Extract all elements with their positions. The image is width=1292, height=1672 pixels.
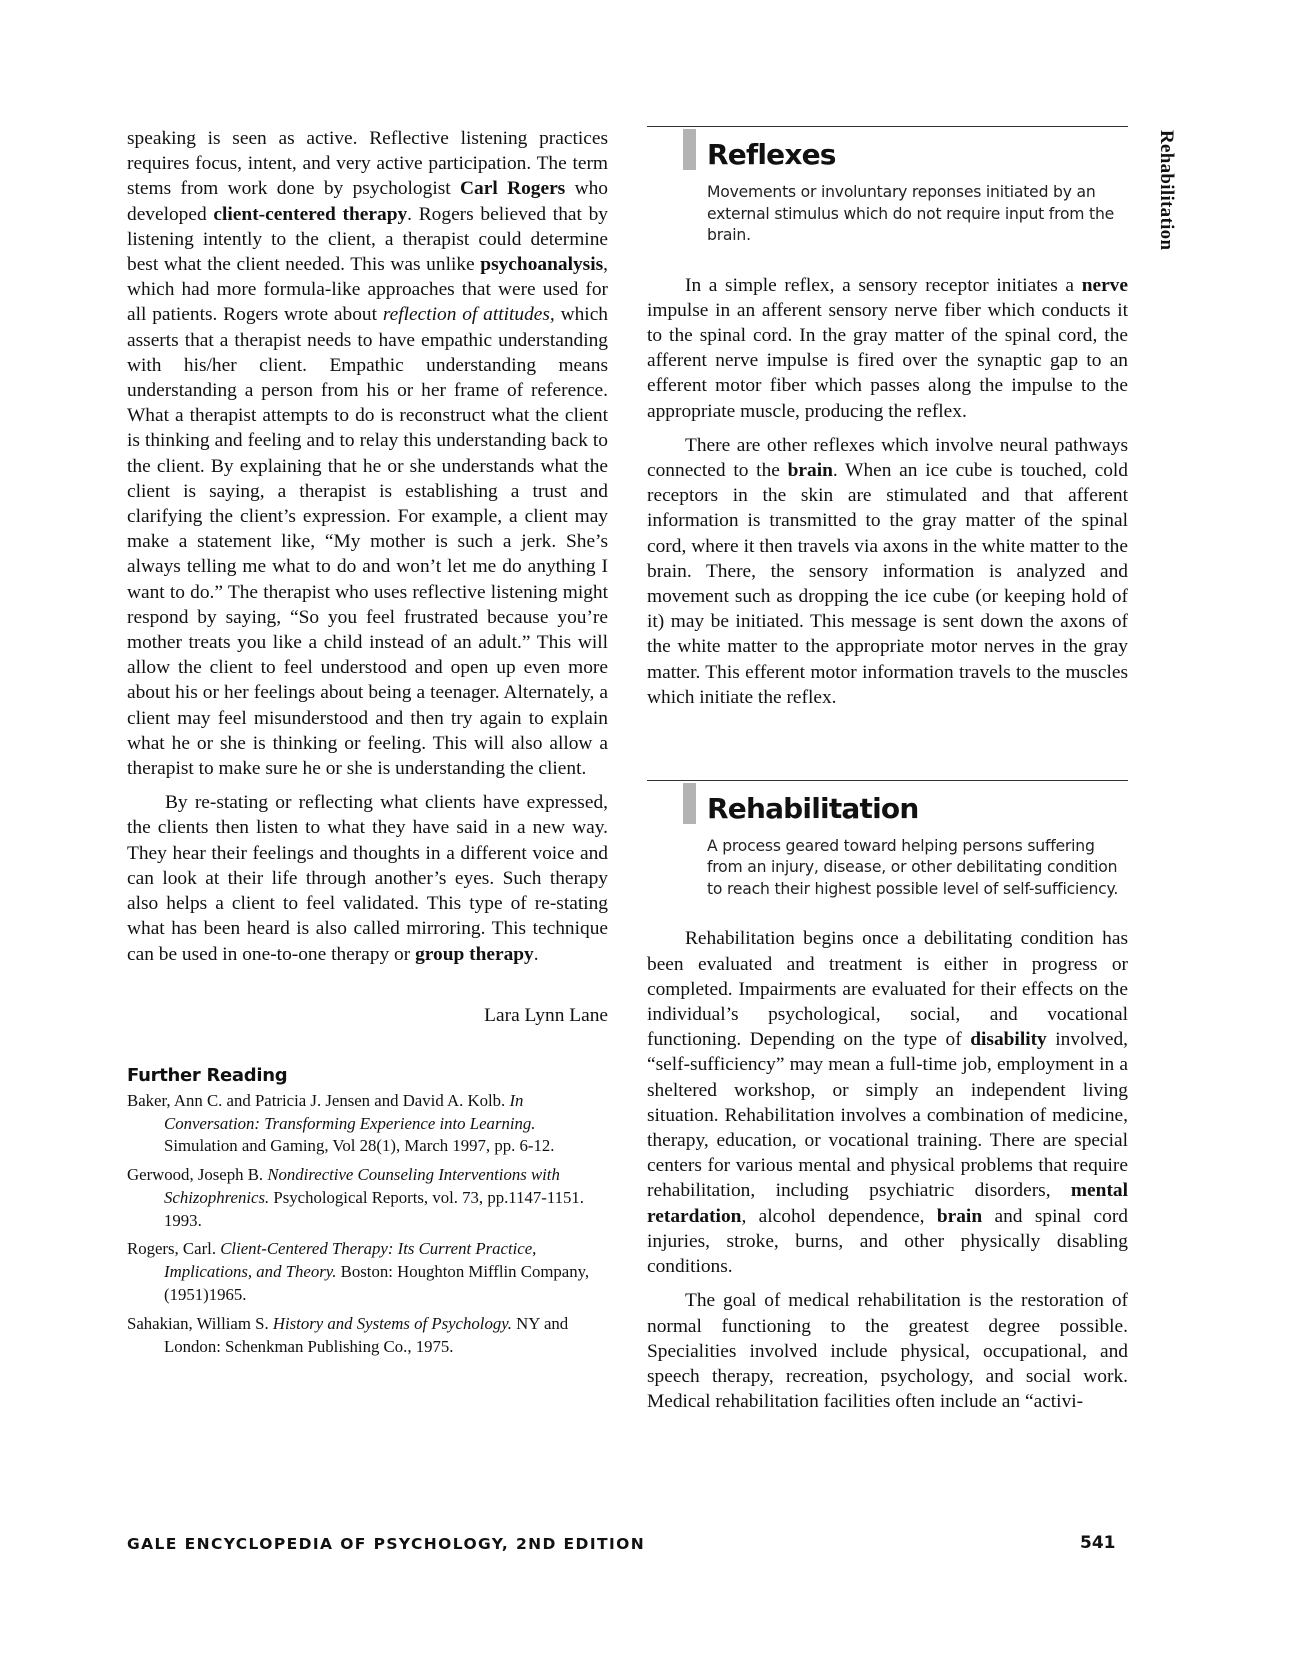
reflexes-entry-header: Reflexes Movements or involuntary repons… — [647, 126, 1128, 247]
entry-marker-bar — [683, 129, 696, 170]
article-author: Lara Lynn Lane — [127, 1005, 608, 1027]
right-column: Reflexes Movements or involuntary repons… — [647, 126, 1128, 1414]
reflexes-paragraph: In a simple reflex, a sensory receptor i… — [647, 273, 1128, 424]
left-column: speaking is seen as active. Reflective l… — [127, 126, 608, 1364]
entry-title-reflexes: Reflexes — [707, 137, 1128, 173]
further-reading-heading: Further Reading — [127, 1065, 608, 1086]
restating-paragraph: By re-stating or reflecting what clients… — [127, 790, 608, 966]
entry-definition-rehabilitation: A process geared toward helping persons … — [707, 836, 1128, 901]
further-reading-list: Baker, Ann C. and Patricia J. Jensen and… — [127, 1090, 608, 1359]
rehabilitation-entry-header: Rehabilitation A process geared toward h… — [647, 780, 1128, 901]
encyclopedia-page: Rehabilitation speaking is seen as activ… — [0, 0, 1292, 1672]
continued-paragraph: speaking is seen as active. Reflective l… — [127, 126, 608, 781]
page-number: 541 — [1080, 1533, 1116, 1553]
entry-marker-bar — [683, 783, 696, 824]
reflexes-paragraph: There are other reflexes which involve n… — [647, 433, 1128, 710]
reference-item: Sahakian, William S. History and Systems… — [127, 1313, 608, 1359]
footer-publication-title: GALE ENCYCLOPEDIA OF PSYCHOLOGY, 2ND EDI… — [127, 1535, 645, 1553]
reference-item: Rogers, Carl. Client-Centered Therapy: I… — [127, 1238, 608, 1306]
rehabilitation-paragraph: The goal of medical rehabilitation is th… — [647, 1288, 1128, 1414]
entry-title-rehabilitation: Rehabilitation — [707, 791, 1128, 827]
rehabilitation-paragraph: Rehabilitation begins once a debilitatin… — [647, 926, 1128, 1279]
section-side-tab: Rehabilitation — [1155, 130, 1177, 250]
reference-item: Gerwood, Joseph B. Nondirective Counseli… — [127, 1164, 608, 1232]
entry-definition-reflexes: Movements or involuntary reponses initia… — [707, 182, 1128, 247]
reference-item: Baker, Ann C. and Patricia J. Jensen and… — [127, 1090, 608, 1158]
